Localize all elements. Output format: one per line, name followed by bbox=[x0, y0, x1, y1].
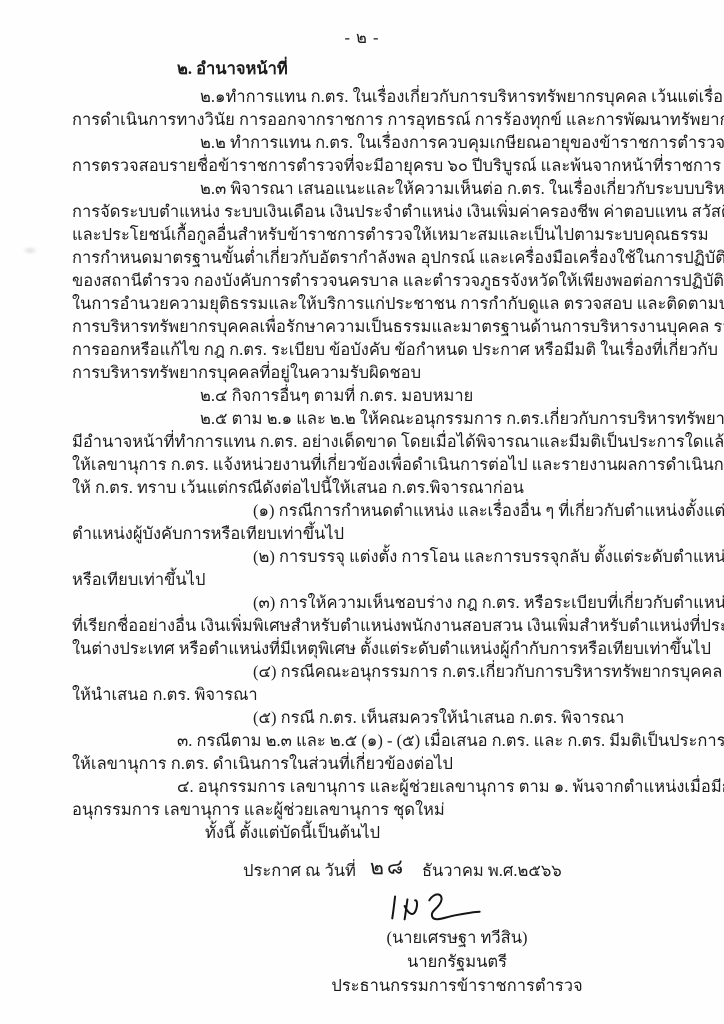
signer-name: (นายเศรษฐา ทวีสิน) bbox=[317, 926, 597, 950]
clause-2-3-cont-3: การกำหนดมาตรฐานขั้นต่ำเกี่ยวกับอัตรากำลั… bbox=[72, 246, 654, 269]
document-body: ๒. อำนาจหน้าที่ ๒.๑ทำการแทน ก.ตร. ในเรื่… bbox=[72, 57, 654, 998]
clause-2-3-cont-4: ของสถานีตำรวจ กองบังคับการตำรวจนครบาล แล… bbox=[72, 269, 654, 292]
subclause-5: (๕) กรณี ก.ตร. เห็นสมควรให้นำเสนอ ก.ตร. … bbox=[253, 706, 654, 729]
clause-2-3-cont-1: การจัดระบบตำแหน่ง ระบบเงินเดือน เงินประจ… bbox=[72, 200, 654, 223]
clause-2-5-cont-1: มีอำนาจหน้าที่ทำการแทน ก.ตร. อย่างเด็ดขา… bbox=[72, 430, 654, 453]
subclause-4-cont: ให้นำเสนอ ก.ตร. พิจารณา bbox=[72, 683, 654, 706]
section-3-cont: ให้เลขานุการ ก.ตร. ดำเนินการในส่วนที่เกี… bbox=[72, 752, 654, 775]
subclause-1: (๑) กรณีการกำหนดตำแหน่ง และเรื่องอื่น ๆ … bbox=[253, 499, 654, 522]
clause-2-3-cont-2: และประโยชน์เกื้อกูลอื่นสำหรับข้าราชการตำ… bbox=[72, 223, 654, 246]
clause-2-5-cont-2: ให้เลขานุการ ก.ตร. แจ้งหน่วยงานที่เกี่ยว… bbox=[72, 453, 654, 476]
section-4: ๔. อนุกรรมการ เลขานุการ และผู้ช่วยเลขานุ… bbox=[177, 775, 654, 798]
subclause-3-cont-1: ที่เรียกชื่ออย่างอื่น เงินเพิ่มพิเศษสำหร… bbox=[72, 614, 654, 637]
signature-block: (นายเศรษฐา ทวีสิน) นายกรัฐมนตรี ประธานกร… bbox=[317, 888, 597, 998]
subclause-4: (๔) กรณีคณะอนุกรรมการ ก.ตร.เกี่ยวกับการบ… bbox=[253, 660, 654, 683]
clause-2-4: ๒.๔ กิจการอื่นๆ ตามที่ ก.ตร. มอบหมาย bbox=[200, 384, 654, 407]
signer-title-position: นายกรัฐมนตรี bbox=[317, 950, 597, 974]
clause-2-2: ๒.๒ ทำการแทน ก.ตร. ในเรื่องการควบคุมเกษี… bbox=[200, 131, 654, 154]
clause-2-5-cont-3: ให้ ก.ตร. ทราบ เว้นแต่กรณีดังต่อไปนี้ให้… bbox=[72, 476, 654, 499]
clause-2-3-cont-6: การบริหารทรัพยากรบุคคลเพื่อรักษาความเป็น… bbox=[72, 315, 654, 338]
clause-2-3-cont-5: ในการอำนวยความยุติธรรมและให้บริการแก่ประ… bbox=[72, 292, 654, 315]
section-2-heading: ๒. อำนาจหน้าที่ bbox=[177, 57, 654, 80]
subclause-2: (๒) การบรรจุ แต่งตั้ง การโอน และการบรรจุ… bbox=[253, 545, 654, 568]
subclause-3: (๓) การให้ความเห็นชอบร่าง กฎ ก.ตร. หรือร… bbox=[253, 591, 654, 614]
section-4-cont: อนุกรรมการ เลขานุการ และผู้ช่วยเลขานุการ… bbox=[72, 798, 654, 821]
clause-2-5: ๒.๕ ตาม ๒.๑ และ ๒.๒ ให้คณะอนุกรรมการ ก.ต… bbox=[200, 407, 654, 430]
subclause-2-cont: หรือเทียบเท่าขึ้นไป bbox=[72, 568, 654, 591]
section-3: ๓. กรณีตาม ๒.๓ และ ๒.๕ (๑) - (๕) เมื่อเส… bbox=[177, 729, 654, 752]
closing-statement: ทั้งนี้ ตั้งแต่บัดนี้เป็นต้นไป bbox=[205, 821, 654, 844]
promulgation-prefix: ประกาศ ณ วันที่ bbox=[243, 861, 356, 880]
subclause-3-cont-2: ในต่างประเทศ หรือตำแหน่งที่มีเหตุพิเศษ ต… bbox=[72, 637, 654, 660]
clause-2-3-cont-7: การออกหรือแก้ไข กฎ ก.ตร. ระเบียบ ข้อบังค… bbox=[72, 338, 654, 361]
scan-smudge-mark bbox=[22, 246, 38, 255]
clause-2-3-cont-8: การบริหารทรัพยากรบุคคลที่อยู่ในความรับผิ… bbox=[72, 361, 654, 384]
promulgation-line: ประกาศ ณ วันที่๒๘ธันวาคม พ.ศ.๒๕๖๖ bbox=[243, 858, 654, 882]
clause-2-2-cont: การตรวจสอบรายชื่อข้าราชการตำรวจที่จะมีอา… bbox=[72, 154, 654, 177]
signature-scribble-icon bbox=[385, 888, 485, 926]
clause-2-1-cont: การดำเนินการทางวินัย การออกจากราชการ การ… bbox=[72, 108, 654, 131]
clause-2-1: ๒.๑ทำการแทน ก.ตร. ในเรื่องเกี่ยวกับการบร… bbox=[200, 85, 654, 108]
signer-title-role: ประธานกรรมการข้าราชการตำรวจ bbox=[317, 974, 597, 998]
promulgation-day-handwritten: ๒๘ bbox=[370, 855, 407, 879]
promulgation-suffix: ธันวาคม พ.ศ.๒๕๖๖ bbox=[422, 861, 562, 880]
clause-2-3: ๒.๓ พิจารณา เสนอแนะและให้ความเห็นต่อ ก.ต… bbox=[200, 177, 654, 200]
subclause-1-cont: ตำแหน่งผู้บังคับการหรือเทียบเท่าขึ้นไป bbox=[72, 522, 654, 545]
page-number: - ๒ - bbox=[0, 26, 724, 49]
document-page: - ๒ - ๒. อำนาจหน้าที่ ๒.๑ทำการแทน ก.ตร. … bbox=[0, 0, 724, 1024]
